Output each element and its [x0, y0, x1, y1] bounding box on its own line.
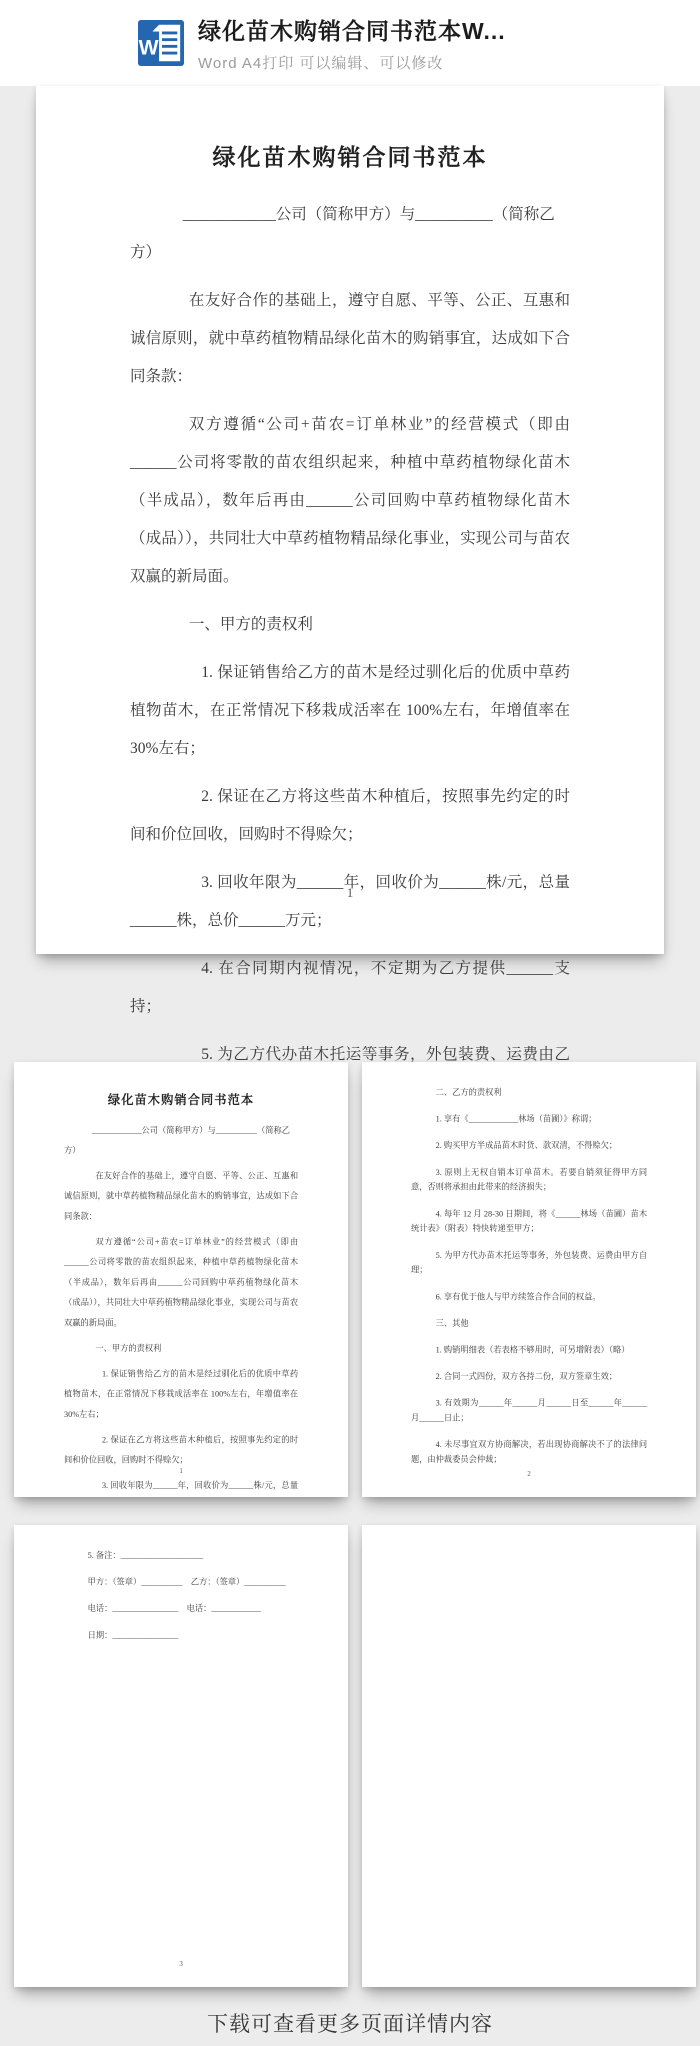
page-thumbnail-1[interactable]: 绿化苗木购销合同书范本 ____________公司（简称甲方）与_______…	[14, 1062, 348, 1497]
doc-paragraph: ____________公司（简称甲方）与__________（简称乙方）	[130, 196, 570, 272]
doc-paragraph: 2. 合同一式四份，双方各持二份，双方签章生效；	[411, 1369, 647, 1384]
page-thumbnail-4[interactable]	[362, 1525, 696, 1987]
download-hint-text: 下载可查看更多页面详情内容	[0, 2008, 700, 2038]
doc-paragraph: 在友好合作的基础上，遵守自愿、平等、公正、互惠和诚信原则，就中草药植物精品绿化苗…	[64, 1166, 298, 1227]
page-number: 1	[36, 874, 664, 912]
page-preview-1[interactable]: 绿化苗木购销合同书范本 ____________公司（简称甲方）与_______…	[36, 86, 664, 954]
doc-paragraph: 1. 保证销售给乙方的苗木是经过驯化后的优质中草药植物苗木，在正常情况下移栽成活…	[130, 654, 570, 768]
doc-paragraph: 一、甲方的责权利	[130, 606, 570, 644]
doc-paragraph: 2. 保证在乙方将这些苗木种植后，按照事先约定的时间和价位回收，回购时不得赊欠；	[130, 778, 570, 854]
page-number: 2	[362, 1466, 696, 1481]
contract-title: 绿化苗木购销合同书范本	[130, 136, 570, 180]
page1-paragraphs: ____________公司（简称甲方）与__________（简称乙方） 在友…	[64, 1121, 298, 1497]
doc-paragraph: 双方遵循“公司+苗农=订单林业”的经营模式（即由______公司将零散的苗农组织…	[130, 406, 570, 596]
document-subtitle: Word A4打印 可以编辑、可以修改	[198, 52, 506, 73]
page3-paragraphs: 5. 备注：____________________ 甲方：（签章）______…	[63, 1548, 299, 1643]
document-header: W 绿化苗木购销合同书范本W... Word A4打印 可以编辑、可以修改	[0, 0, 700, 86]
doc-paragraph: 甲方：（签章）__________ 乙方：（签章）__________	[63, 1575, 299, 1590]
document-title: 绿化苗木购销合同书范本W...	[198, 13, 506, 46]
doc-paragraph: 4. 未尽事宜双方协商解决，若出现协商解决不了的法律问题，由仲裁委员会仲裁；	[411, 1438, 647, 1468]
page-thumbnail-3[interactable]: 5. 备注：____________________ 甲方：（签章）______…	[14, 1525, 348, 1987]
word-icon: W	[138, 20, 184, 66]
doc-paragraph: 三、其他	[411, 1316, 647, 1331]
contract-title: 绿化苗木购销合同书范本	[64, 1089, 298, 1112]
doc-paragraph: 1. 享有《____________林场（苗圃）》称谓；	[411, 1112, 647, 1127]
doc-paragraph: 日期：________________	[63, 1628, 299, 1643]
thumbnail-page-3: 5. 备注：____________________ 甲方：（签章）______…	[14, 1525, 348, 1987]
doc-paragraph: 3. 原则上无权自销本订单苗木。若要自销须征得甲方同意，否则将承担由此带来的经济…	[411, 1165, 647, 1195]
page2-paragraphs: 二、乙方的责权利 1. 享有《____________林场（苗圃）》称谓； 2.…	[411, 1085, 647, 1467]
header-text: 绿化苗木购销合同书范本W... Word A4打印 可以编辑、可以修改	[198, 13, 506, 73]
doc-paragraph: 4. 每年 12 月 28-30 日期间，将《______林场（苗圃）苗木统计表…	[411, 1207, 647, 1237]
doc-paragraph: 3. 有效期为______年______月______日至______年____…	[411, 1396, 647, 1426]
doc-paragraph: 在友好合作的基础上，遵守自愿、平等、公正、互惠和诚信原则，就中草药植物精品绿化苗…	[130, 282, 570, 396]
doc-paragraph: 5. 为甲方代办苗木托运等事务，外包装费、运费由甲方自理；	[411, 1248, 647, 1278]
doc-paragraph: 二、乙方的责权利	[411, 1085, 647, 1100]
doc-paragraph: 电话：________________ 电话：____________	[63, 1602, 299, 1617]
doc-paragraph: 1. 购销明细表（若表格不够用时，可另增附表）（略）	[411, 1343, 647, 1358]
doc-paragraph: 一、甲方的责权利	[64, 1339, 298, 1359]
doc-paragraph: 1. 保证销售给乙方的苗木是经过驯化后的优质中草药植物苗木，在正常情况下移栽成活…	[64, 1364, 298, 1425]
doc-paragraph: 4. 在合同期内视情况，不定期为乙方提供______支持；	[130, 950, 570, 1026]
doc-paragraph: ____________公司（简称甲方）与__________（简称乙方）	[64, 1121, 298, 1161]
page-thumbnail-2[interactable]: 二、乙方的责权利 1. 享有《____________林场（苗圃）》称谓； 2.…	[362, 1062, 696, 1497]
doc-paragraph: 2. 购买甲方半成品苗木时货、款双清，不得赊欠；	[411, 1139, 647, 1154]
thumbnail-page-1: 绿化苗木购销合同书范本 ____________公司（简称甲方）与_______…	[14, 1062, 348, 1497]
page1-content: 绿化苗木购销合同书范本 ____________公司（简称甲方）与_______…	[36, 86, 664, 1112]
page1-paragraphs: ____________公司（简称甲方）与__________（简称乙方） 在友…	[130, 196, 570, 1112]
thumbnail-page-2: 二、乙方的责权利 1. 享有《____________林场（苗圃）》称谓； 2.…	[362, 1062, 696, 1497]
page-number: 3	[14, 1956, 348, 1971]
word-icon-letter: W	[139, 37, 159, 60]
doc-paragraph: 双方遵循“公司+苗农=订单林业”的经营模式（即由______公司将零散的苗农组织…	[64, 1232, 298, 1333]
page-number: 1	[14, 1461, 348, 1481]
doc-paragraph: 6. 享有优于他人与甲方续签合作合同的权益。	[411, 1290, 647, 1305]
doc-paragraph: 5. 备注：____________________	[63, 1548, 299, 1563]
thumbnail-page-4	[362, 1525, 696, 1987]
